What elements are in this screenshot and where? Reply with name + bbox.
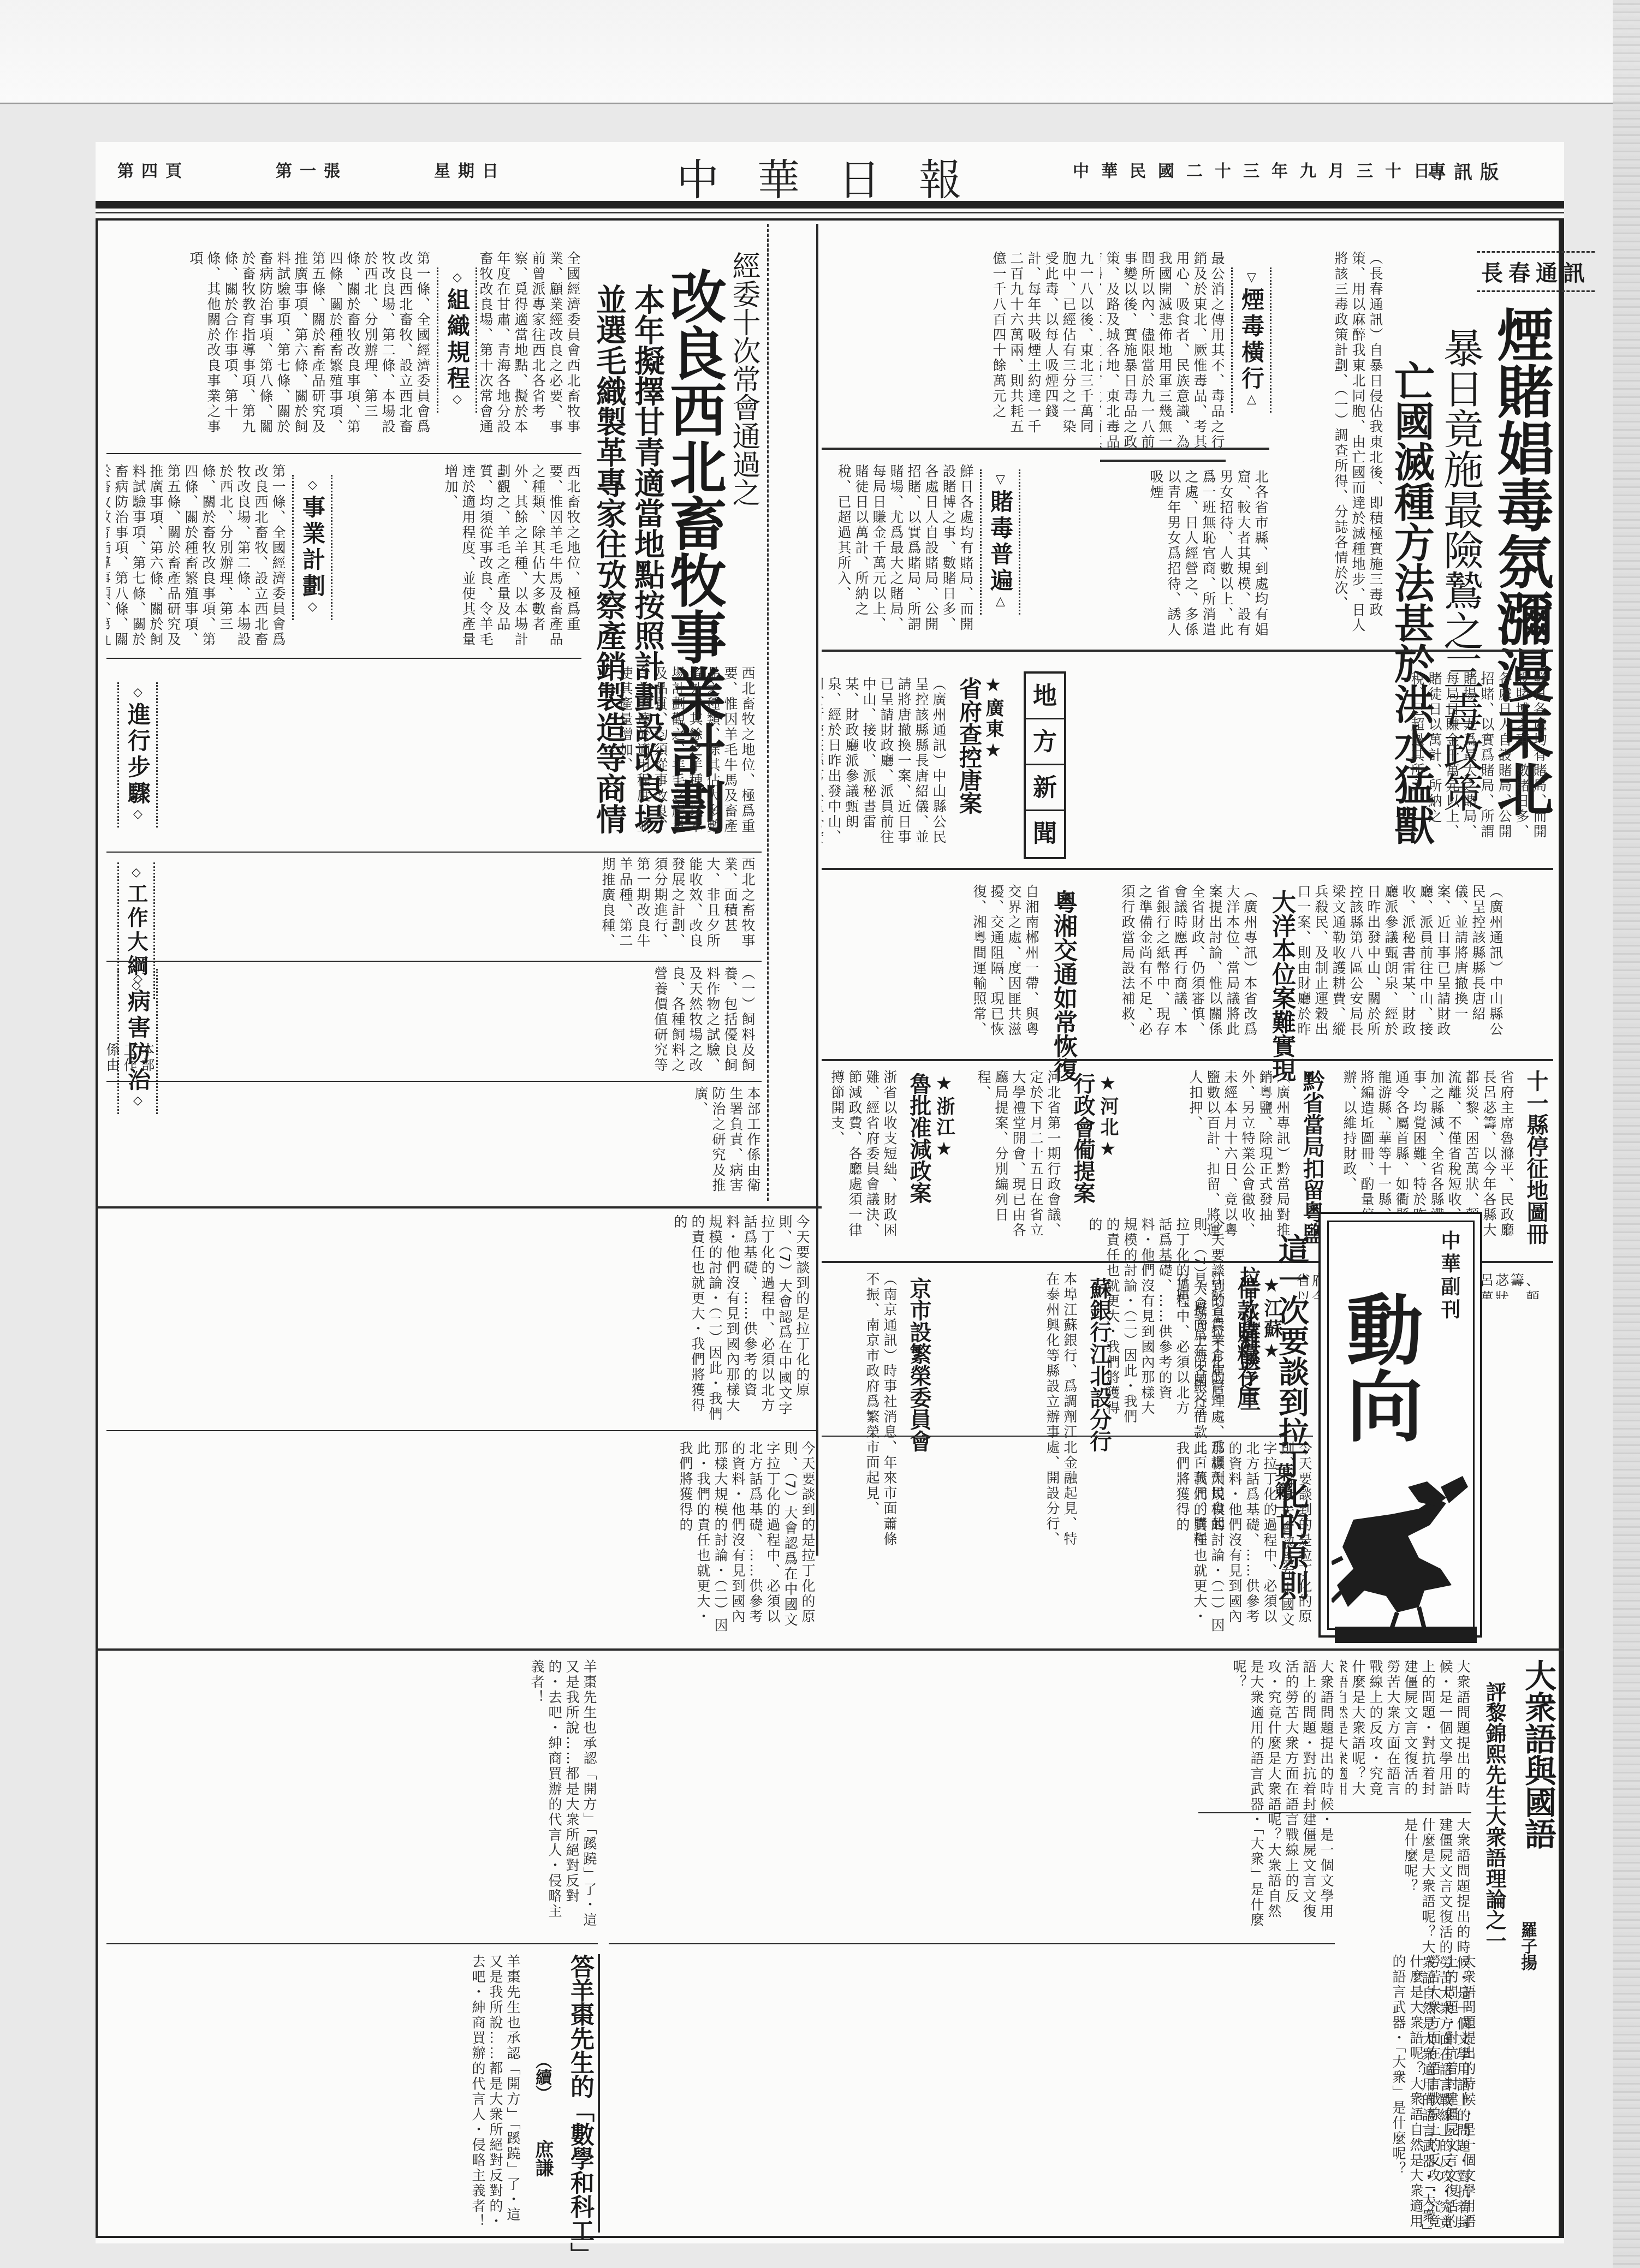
scan-margin-top xyxy=(0,0,1640,104)
news-headline: 行政會僃提案 xyxy=(1067,1073,1098,1204)
article-body: 大衆語問題提出的時候・是一個文學用語上的問題・對抗着封建僵屍文言文復活的勞苦大衆… xyxy=(1340,1659,1471,1807)
divider xyxy=(106,453,581,454)
triangle-marker-icon: △ xyxy=(1245,392,1258,409)
diamond-marker-icon: ◇ xyxy=(131,972,145,989)
news-body: （廣州通訊）中山縣公民呈控該縣縣長唐紹儀、並請將唐撤換一案、近日事已呈請財政廳、… xyxy=(822,677,947,852)
divider xyxy=(609,1943,1335,1944)
section-text: 第一條、全國經濟委員會爲改良西北畜牧、設立西北畜牧改良場、第二條、本場設於西北、… xyxy=(106,251,431,442)
section-text: （一）飼料及飼養、包括優良飼料作物之試驗、及天然牧場之改良、各種飼料之營養價值研… xyxy=(167,966,756,1075)
supplement-masthead: 中華副刊 動向 xyxy=(1318,1212,1482,1638)
news-headline: 大洋本位案難實現 xyxy=(1264,890,1299,1082)
news-body: 鮮日各處均有賭局、而開設賭博之事、數賭日多、各處日人自設賭局、公開招賭、以實爲賭… xyxy=(1078,671,1548,852)
scan-margin-right xyxy=(1613,0,1640,2268)
article-body: 今天要談到的是拉丁化的原則、（7）大會認爲在中國文字拉丁化的過程中、必須以北方話… xyxy=(106,1215,811,1422)
article-title: 答羊棗先生的「數學和科工」 xyxy=(562,1954,597,2266)
divider xyxy=(106,1943,598,1944)
triangle-marker-icon: ▽ xyxy=(994,473,1007,490)
weekday: 星期日 xyxy=(434,157,506,181)
section-label-local-news: 地 方 新 聞 xyxy=(1024,671,1066,859)
section-text: 最公消之傳用其不、毒品之行銷及於東北、厥惟毒品、考其用心、吸食者、民族意識、為我… xyxy=(1100,251,1226,453)
news-headline: 十一縣停征地圖冊 xyxy=(1520,1070,1552,1245)
column-divider xyxy=(598,1954,600,2233)
triangle-marker-icon: △ xyxy=(994,594,1007,611)
article-note: （續） xyxy=(530,2052,554,2102)
diamond-marker-icon: ◇ xyxy=(131,686,145,703)
divider xyxy=(106,1430,816,1431)
page-number: 第四頁 xyxy=(117,157,189,181)
article-body: 今天要談到的是拉丁化的原則、（7）大會認爲在中國文字拉丁化的過程中、必須以北方話… xyxy=(106,1441,816,1638)
divider xyxy=(1100,460,1226,462)
divider xyxy=(822,1059,1553,1061)
horse-rider-illustration-icon xyxy=(1332,1476,1473,1629)
section-text: 本部工作係由衛生署負責、病害防治之研究及推廣、 xyxy=(106,1086,762,1201)
divider xyxy=(96,1648,1564,1651)
divider xyxy=(822,868,1553,870)
divider xyxy=(96,1206,822,1209)
divider xyxy=(106,658,581,659)
issue-date: 中華民國二十三年九月三十日 xyxy=(1073,157,1442,181)
diamond-marker-icon: ◇ xyxy=(129,866,143,883)
article-body: 大衆語問題提出的時候・是一個文學用語上的問題・對抗着封建僵屍文言文復活的勞苦大衆… xyxy=(609,1954,1477,2233)
section-heading: ▽賭毒普遍△ xyxy=(980,469,1020,615)
article-subtitle: 評黎錦熙先生大衆語理論之一 xyxy=(1479,1681,1510,1951)
divider xyxy=(822,650,1553,652)
region-tag: ★浙江★ xyxy=(931,1073,958,1162)
diamond-marker-icon: ◇ xyxy=(450,271,464,288)
divider xyxy=(106,961,762,962)
news-headline: 魯批准減政案 xyxy=(904,1073,935,1204)
article-title: 大衆語與國語 xyxy=(1515,1659,1561,1849)
diamond-marker-icon: ◇ xyxy=(306,478,319,495)
section-heading: ◇進行步驟◇ xyxy=(117,682,158,828)
column-divider xyxy=(816,224,818,1556)
section-text: 九一八以後、東北三千萬同胞中、已經佔有三分之一染受此毒、以每人吸煙四錢計、每年共… xyxy=(991,251,1095,442)
article-author: 庶謙 xyxy=(530,2140,556,2177)
article-body: 大衆語問題提出的時候・是一個文學用語上的問題・對抗着封建僵屍文言文復活的勞苦大衆… xyxy=(609,1659,1335,1932)
section-text: 西北畜牧之地位、極爲重要、惟因羊毛牛馬及畜產品之種類、除其佔大多數者外、其餘之羊… xyxy=(330,464,581,650)
masthead-rule-thin xyxy=(96,212,1564,213)
section-text: 鮮日各處均有賭局、而開設賭博之事、數賭日多、各處日人自設賭局、公開招賭、以實爲賭… xyxy=(827,464,975,644)
section-heading: ▽煙毒橫行△ xyxy=(1231,267,1271,413)
sheet-number: 第一張 xyxy=(276,157,348,181)
dateline-tag: 長春通訊 xyxy=(1477,251,1595,292)
divider xyxy=(822,448,1269,450)
news-body: （廣州通訊）中山縣公民呈控該縣縣長唐紹儀、並請將唐撤換一案、近日事已呈請財政廳、… xyxy=(1297,884,1504,1048)
news-body: （廣州專訊）本省改爲大洋本位、當局議將此案提出討論、惟以關係全省財政、仍須審慎、… xyxy=(1089,884,1258,1048)
news-headline: 省府查控唐案 xyxy=(953,677,985,814)
divider xyxy=(106,852,762,853)
column-divider xyxy=(767,224,769,1201)
section-text: 西北之畜牧事業、面積甚大、非且夕所能收效、改良發展之計劃、須分期進行、第一期改良… xyxy=(106,857,756,955)
section-text: 北各省市縣、到處均有娼窟、較大者其規模、設有男女招待、人數以上、此爲一班無恥官商… xyxy=(1100,469,1269,644)
article-body: 今天要談到的是拉丁化的原則、（7）大會認爲在中國文字拉丁化的過程中、必須以北方話… xyxy=(822,1441,1313,1638)
news-body: 自湘南郴州一帶、與粵交界之處、度因匪共滋擾、交通阻隔、現已恢復、湘粵間運輸照常、 xyxy=(822,884,1040,1048)
diamond-marker-icon: ◇ xyxy=(131,807,145,824)
article-body: 羊棗先生也承認「開方」「蹊蹺」了・這又是我所說……都是大衆所絕對反對的・去吧・紳… xyxy=(106,1659,598,1932)
article-series: 拉丁化雜談之三 xyxy=(1234,1266,1264,1412)
section-heading: ◇事業計劃◇ xyxy=(292,475,332,620)
newspaper-page: 第四頁 第一張 星期日 中華日報 中華民國二十三年九月三十日 專訊版 長春通訊 … xyxy=(96,142,1564,2243)
diamond-marker-icon: ◇ xyxy=(450,392,464,409)
supplement-brand-large: 動向 xyxy=(1337,1290,1424,1443)
section-text: 第一條、全國經濟委員會爲改良西北畜牧、設立西北畜牧改良場、第二條、本場設於西北、… xyxy=(106,464,287,650)
section-text: 西北畜牧之地位、極爲重要、惟因羊毛牛馬及畜產品之種類、除其佔大多數者外、其餘之羊… xyxy=(156,666,756,841)
news-headline: 粵湘交通如常恢復 xyxy=(1045,890,1080,1082)
supplement-bar xyxy=(1335,1627,1477,1643)
article-body: 羊棗先生也承認「開方」「蹊蹺」了・這又是我所說……都是大衆所絕對反對的・去吧・紳… xyxy=(106,1954,521,2233)
article-author: 羅子揚 xyxy=(1515,1921,1539,1971)
divider xyxy=(822,1436,1313,1437)
region-tag: ★河北★ xyxy=(1095,1073,1121,1162)
triangle-marker-icon: ▽ xyxy=(1245,271,1258,288)
diamond-marker-icon: ◇ xyxy=(306,600,319,617)
section-text: 本部工作係由衛生署負責、病害防治之研究及推廣、 xyxy=(106,1043,156,1086)
newspaper-title: 中華日報 xyxy=(631,146,1045,207)
edition-label: 專訊版 xyxy=(1428,157,1506,184)
masthead-rule xyxy=(96,201,1564,209)
fold-line xyxy=(0,103,1640,104)
masthead: 第四頁 第一張 星期日 中華日報 中華民國二十三年九月三十日 專訊版 xyxy=(96,142,1564,199)
story-kicker: 經委十次常會通過之 xyxy=(723,251,764,507)
article-body: 今天要談到的是拉丁化的原則、（7）大會認爲在中國文字拉丁化的過程中、必須以北方話… xyxy=(822,1217,1226,1425)
divider xyxy=(106,1081,762,1082)
story-lead: 全國經濟委員會西北畜牧事業、顧業經改良之必要、事前曾派專家往西北各省考察、覓得適… xyxy=(478,251,581,442)
section-heading: ◇組織規程◇ xyxy=(437,267,477,413)
story-lead: （長春通訊）自暴日侵佔我東北後、即積極實施三毒政策、用以麻醉我東北同胞、由亡國而… xyxy=(1269,251,1384,633)
